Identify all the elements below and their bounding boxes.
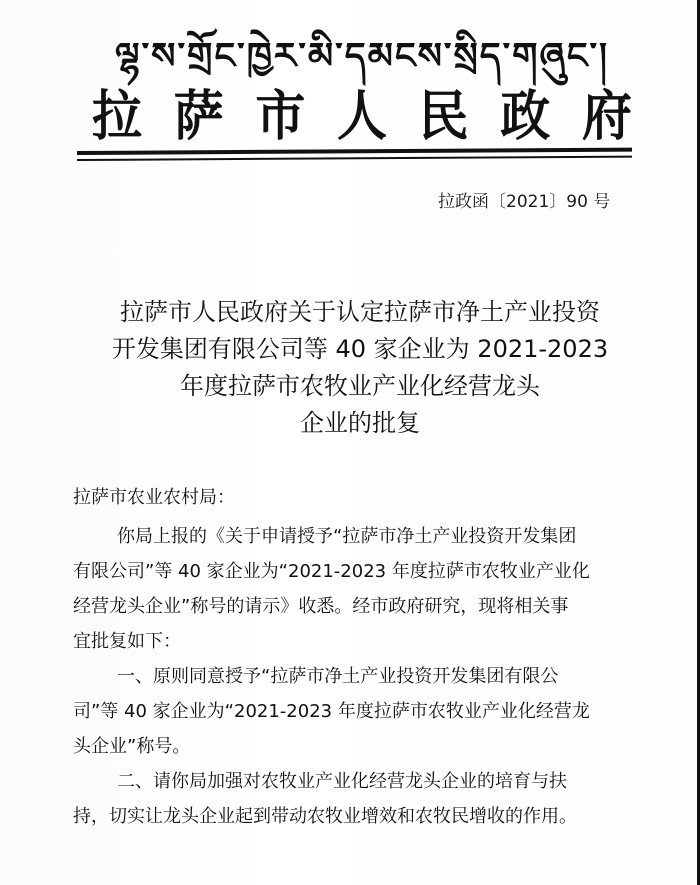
letterhead-rule-thick	[77, 148, 632, 155]
paragraph-line: 有限公司”等 40 家企业为“2021-2023 年度拉萨市农牧业产业化	[73, 554, 673, 589]
paragraph-item-two: 二、请你局加强对农牧业产业化经营龙头企业的培育与扶 持，切实让龙头企业起到带动农…	[73, 764, 673, 834]
letterhead-char: 人	[337, 86, 387, 146]
paragraph-line: 司”等 40 家企业为“2021-2023 年度拉萨市农牧业产业化经营龙	[73, 694, 673, 729]
letterhead-char: 拉	[92, 86, 142, 146]
document-title: 拉萨市人民政府关于认定拉萨市净土产业投资 开发集团有限公司等 40 家企业为 2…	[70, 294, 650, 442]
paragraph-item-one: 一、原则同意授予“拉萨市净土产业投资开发集团有限公 司”等 40 家企业为“20…	[73, 659, 673, 764]
paragraph-line: 经营龙头企业”称号的请示》收悉。经市政府研究，现将相关事	[73, 589, 673, 624]
paragraph-line: 持，切实让龙头企业起到带动农牧业增效和农牧民增收的作用。	[73, 799, 673, 834]
paragraph-line: 一、原则同意授予“拉萨市净土产业投资开发集团有限公	[73, 659, 673, 694]
letterhead-char: 府	[582, 86, 632, 146]
letterhead-char: 政	[500, 86, 550, 146]
addressee: 拉萨市农业农村局：	[73, 480, 673, 515]
title-line: 开发集团有限公司等 40 家企业为 2021-2023	[70, 331, 650, 368]
letterhead-rule-thin	[77, 156, 632, 161]
letterhead-char: 市	[255, 86, 305, 146]
document-number: 拉政函〔2021〕90 号	[438, 190, 610, 214]
document-body: 拉萨市农业农村局： 你局上报的《关于申请授予“拉萨市净土产业投资开发集团 有限公…	[73, 480, 673, 834]
letterhead-chinese-title: 拉 萨 市 人 民 政 府	[92, 88, 632, 144]
title-line: 年度拉萨市农牧业产业化经营龙头	[70, 368, 650, 405]
document-page: ལྷ་ས་གྲོང་ཁྱེར་མི་དམངས་སྲིད་གཞུང་། 拉 萨 市…	[0, 0, 697, 885]
paragraph-line: 头企业”称号。	[73, 729, 673, 764]
paragraph-line: 宜批复如下：	[73, 624, 673, 659]
letterhead-char: 萨	[174, 86, 224, 146]
title-line: 拉萨市人民政府关于认定拉萨市净土产业投资	[70, 294, 650, 331]
letterhead-tibetan-title: ལྷ་ས་གྲོང་ཁྱེར་མི་དམངས་སྲིད་གཞུང་།	[92, 30, 632, 82]
paragraph-line: 二、请你局加强对农牧业产业化经营龙头企业的培育与扶	[73, 764, 673, 799]
paragraph-line: 你局上报的《关于申请授予“拉萨市净土产业投资开发集团	[73, 519, 673, 554]
paragraph-request: 你局上报的《关于申请授予“拉萨市净土产业投资开发集团 有限公司”等 40 家企业…	[73, 519, 673, 659]
title-line: 企业的批复	[70, 405, 650, 442]
letterhead-char: 民	[419, 86, 469, 146]
